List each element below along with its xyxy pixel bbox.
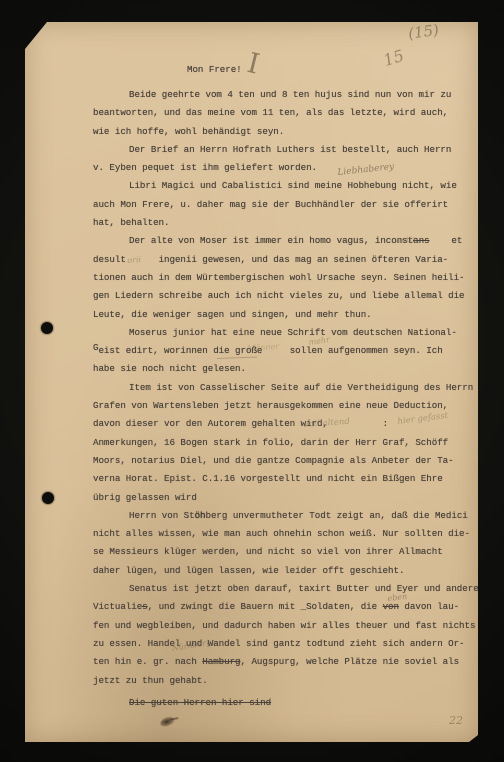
typed-text: sollen aufgenommen seyn. Ich: [290, 345, 443, 356]
typed-text: hat, behalten.: [93, 217, 170, 228]
typed-text: Moors, notarius Diel, und die gantze Com…: [93, 455, 454, 466]
typed-line: wie ich hoffe, wohl behändigt seyn.: [93, 123, 473, 141]
typed-line: nicht alles wissen, wie man auch ohnehin…: [93, 525, 473, 543]
punch-hole-bottom: [42, 492, 54, 504]
typed-text: jetzt zu thun gehabt.: [93, 675, 208, 686]
typed-line: Victualies, und zwingt die Bauern mit _S…: [93, 598, 473, 616]
typed-line: habe sie noch nicht gelesen.: [93, 360, 473, 378]
typed-line: Leute, die weniger sagen und singen, und…: [93, 306, 473, 324]
struck-text: Hamburg: [202, 656, 240, 667]
typed-text: Anmerkungen, 16 Bogen stark in folio, da…: [93, 437, 448, 448]
typed-line: jetzt zu thun gehabt.: [93, 672, 473, 690]
typed-text: G: [93, 342, 98, 353]
typed-line: Anmerkungen, 16 Bogen stark in folio, da…: [93, 434, 473, 452]
typed-text: Herrn von St: [129, 510, 195, 521]
folio-number: 15: [381, 46, 406, 70]
typed-line: Moors, notarius Diel, und die gantze Com…: [93, 452, 473, 470]
typed-line: Der alte von Moser ist immer ein homo va…: [93, 232, 473, 250]
struck-text: Die guten Herren hier sind: [129, 697, 271, 708]
typed-text: se Messieurs klüger werden, und nicht so…: [93, 546, 443, 557]
typed-line: verna Horat. Epist. C.1.16 vorgestellt u…: [93, 470, 473, 488]
typed-text: Victualie: [93, 601, 142, 612]
typed-line: gen Liedern schreibe auch ich nicht viel…: [93, 287, 473, 305]
typed-text: et: [430, 235, 463, 246]
typed-text: [333, 418, 382, 429]
typed-text: wie ich hoffe, wohl behändigt seyn.: [93, 126, 284, 137]
typed-line: v. Eyben pequet ist ihm geliefert worden…: [93, 159, 473, 177]
typed-text: Leute, die weniger sagen und singen, und…: [93, 309, 372, 320]
typed-line: Die guten Herren hier sind: [93, 694, 473, 712]
typed-line: ten hin e. gr. nach Hamburg, Augspurg, w…: [93, 653, 473, 671]
typed-text: desult: [93, 254, 126, 265]
typed-line: Senatus ist jetzt oben darauf, taxirt Bu…: [93, 580, 473, 598]
typed-text: Senatus ist jetzt oben darauf, taxirt Bu…: [129, 583, 479, 594]
typed-line: Libri Magici und Cabalistici sind meine …: [93, 177, 473, 195]
typed-text: fen und wegbleiben, und dadurch haben wi…: [93, 620, 475, 631]
typed-text: tionen auch in dem Würtembergischen wohl…: [93, 272, 465, 283]
salutation: Mon Frere!: [187, 64, 242, 75]
typed-text: Der Brief an Herrn Hofrath Luthers ist b…: [129, 144, 451, 155]
typed-line: Moserus junior hat eine neue Schrift vom…: [93, 324, 473, 342]
typed-text: [126, 254, 159, 265]
folio-number-parenthesized: (15): [407, 21, 440, 43]
typed-line: daher lügen, und lügen lassen, wie leide…: [93, 562, 473, 580]
ink-blot: [159, 715, 176, 728]
typed-line: Grafen von Wartensleben jetzt herausgeko…: [93, 397, 473, 415]
typed-text: nicht alles wissen, wie man auch ohnehin…: [93, 528, 470, 539]
typed-text: Grafen von Wartensleben jetzt herausgeko…: [93, 400, 448, 411]
typed-line: Der Brief an Herrn Hofrath Luthers ist b…: [93, 141, 473, 159]
typed-line: davon dieser vor den Autorem gehalten wi…: [93, 415, 473, 433]
page-number-pencil: 22: [449, 714, 463, 727]
typed-text: beantworten, und das meine vom 11 ten, a…: [93, 107, 448, 118]
typed-line: auch Mon Frere, u. daher mag sie der Buc…: [93, 196, 473, 214]
punch-hole-top: [41, 322, 53, 334]
typed-text: Item ist von Casselischer Seite auf die …: [129, 382, 473, 393]
letter-page: Mon Frere! Beide geehrte vom 4 ten und 8…: [25, 22, 478, 742]
typed-line: fen und wegbleiben, und dadurch haben wi…: [93, 617, 473, 635]
typed-line: zu essen. Handel und Wandel sind gantz t…: [93, 635, 473, 653]
typed-text: verna Horat. Epist. C.1.16 vorgestellt u…: [93, 473, 443, 484]
typed-text: Moserus junior hat eine neue Schrift vom…: [129, 327, 457, 338]
typed-line: Beide geehrte vom 4 ten und 8 ten hujus …: [93, 86, 473, 104]
typed-text: auch Mon Frere, u. daher mag sie der Buc…: [93, 199, 448, 210]
typed-text: :: [383, 418, 394, 429]
typed-text: berg unvermutheter Todt zeigt an, daß di…: [206, 510, 468, 521]
typed-line: Herrn von Stöhberg unvermutheter Todt ze…: [93, 507, 473, 525]
typed-text: davon lau-: [399, 601, 459, 612]
roman-numeral-one: I: [244, 46, 263, 81]
typed-text: daher lügen, und lügen lassen, wie leide…: [93, 565, 404, 576]
struck-text: ans: [413, 235, 429, 246]
typed-line: desult ingenii gewesen, und das mag an s…: [93, 251, 473, 269]
typed-text: v. Eyben pequet ist ihm geliefert worden…: [93, 162, 317, 173]
letter-body: Beide geehrte vom 4 ten und 8 ten hujus …: [93, 86, 473, 712]
typed-line: Geist edirt, worinnen die große sollen a…: [93, 342, 473, 360]
typed-line: hat, behalten.: [93, 214, 473, 232]
typed-line: Item ist von Casselischer Seite auf die …: [93, 379, 473, 397]
typed-text: ten hin e. gr. nach: [93, 656, 202, 667]
typed-text: gen Liedern schreibe auch ich nicht viel…: [93, 290, 465, 301]
typed-text: habe sie noch nicht gelesen.: [93, 363, 246, 374]
typed-text: Beide geehrte vom 4 ten und 8 ten hujus …: [129, 89, 451, 100]
typed-text: [268, 345, 290, 356]
typed-line: se Messieurs klüger werden, und nicht so…: [93, 543, 473, 561]
typed-text: übrig gelassen wird: [93, 492, 197, 503]
struck-text: von: [383, 601, 399, 612]
typed-text: , Augspurg, welche Plätze nie soviel als: [241, 656, 460, 667]
typed-text: ingenii gewesen, und das mag an seinen ö…: [159, 254, 449, 265]
typed-text: öh: [195, 510, 206, 521]
typed-text: Der alte von Moser ist immer ein homo va…: [129, 235, 413, 246]
typed-line: übrig gelassen wird: [93, 489, 473, 507]
typed-text: Libri Magici und Cabalistici sind meine …: [129, 180, 457, 191]
typed-text: zu essen. Handel und Wandel sind gantz t…: [93, 638, 465, 649]
typed-text: davon dieser vor den Autorem gehalten wi…: [93, 418, 333, 429]
typed-line: tionen auch in dem Würtembergischen wohl…: [93, 269, 473, 287]
typed-text: eist edirt, worinnen die große: [98, 345, 267, 356]
typed-text: , und zwingt die Bauern mit _Soldaten, d…: [148, 601, 383, 612]
typed-line: beantworten, und das meine vom 11 ten, a…: [93, 104, 473, 122]
